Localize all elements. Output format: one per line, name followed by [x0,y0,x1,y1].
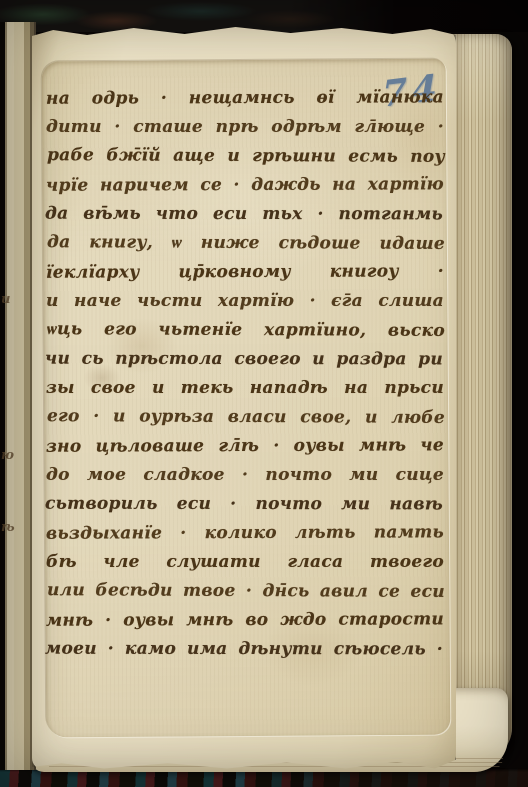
manuscript-line: и наче чьсти хартїю · єг̄а слиша [46,287,444,316]
facing-page-letter: ю [1,448,14,463]
facing-page-sliver: и ю ѣ [0,22,36,770]
manuscript-line: зы свое и текь нападѣ на прьси [46,374,444,403]
manuscript-line: или бесѣди твое · дн̄сь авил се еси [47,576,445,607]
manuscript-line: да книгу, ѡ ниже сѣдоше идаше [47,228,445,259]
fore-edge-page-stack [448,34,512,760]
manuscript-line: рабе бж̄їй аще и грѣшни есмь поу [47,141,445,172]
background-cloth-top [0,0,528,32]
manuscript-line: до мое сладкое · почто ми сице [46,461,444,490]
manuscript-line: дити · сташе прѣ одрѣм гл̄юще · [46,113,444,142]
facing-page-letter: и [1,292,10,307]
manuscript-page: 74 на одрь · нещамнсь ѳї мїанюка дити · … [32,26,456,770]
manuscript-line: ѡць его чьтенїе хартїино, вьско [47,315,445,346]
manuscript-photo: и ю ѣ 74 на одрь · нещамнсь ѳї мїанюка д… [0,0,528,787]
manuscript-line: чрїе наричем се · даждь на хартїю [46,170,444,200]
facing-page-letter: ѣ [1,520,15,535]
manuscript-line: да вѣ̄мь что еси тьх · потганмь [45,200,443,230]
manuscript-line: его · и оурѣза власи свое, и любе [47,402,445,433]
manuscript-line: моеи · камо има дѣнути сѣюсель · [45,635,443,665]
manuscript-line: зно цѣловаше гл̄ѣ · оувы мнѣ че [46,431,444,461]
manuscript-line: вьздыханїе · колико лѣть памть [46,518,444,548]
manuscript-text: на одрь · нещамнсь ѳї мїанюка дити · ста… [46,84,444,664]
manuscript-line: сьтвориль еси · почто ми навѣ [45,490,443,520]
manuscript-line: бѣ чле слушати гласа твоего [46,548,444,577]
manuscript-line: мнѣ · оувы мнѣ во ждо старости [46,605,444,635]
manuscript-line: чи сь прѣстола своего и раздра ри [45,345,443,375]
manuscript-line: на одрь · нещамнсь ѳї мїанюка [46,83,444,113]
manuscript-line: їеклїарху цр̄ковному книгоу · [46,257,444,287]
